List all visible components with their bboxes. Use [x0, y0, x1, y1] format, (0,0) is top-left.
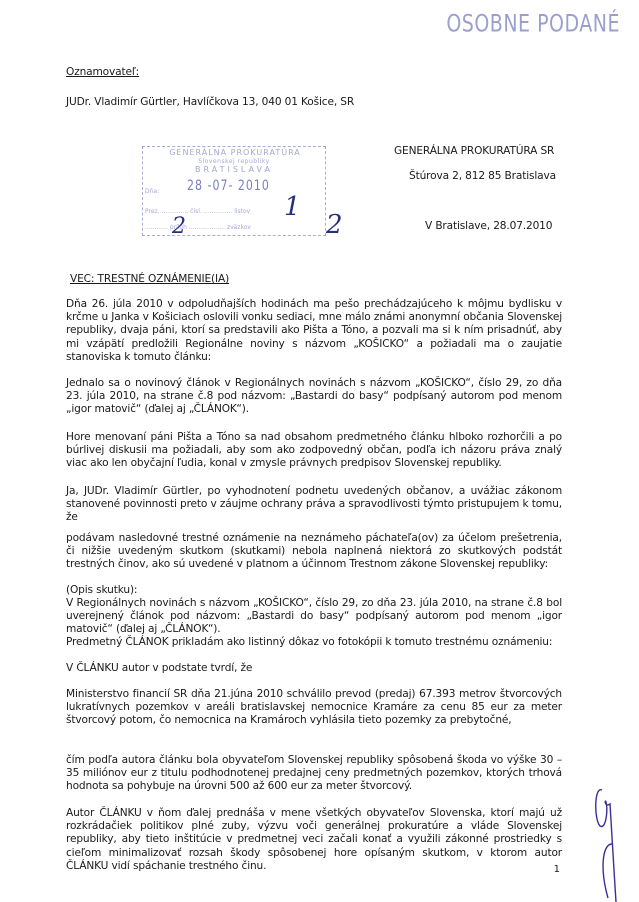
paragraph-10: čím podľa autora článku bola obyvateľom …: [66, 754, 562, 794]
page-number: 1: [540, 864, 560, 875]
stamp-city: BRATISLAVA: [143, 165, 325, 174]
place-date: V Bratislave, 28.07.2010: [425, 220, 552, 233]
received-stamp: GENERÁLNA PROKURATÚRA Slovenskej republi…: [142, 146, 326, 236]
paragraph-8: V ČLÁNKU autor v podstate tvrdí, že: [66, 662, 562, 675]
handwritten-sheets-count: 1: [284, 192, 301, 222]
subject-line: VEC: TRESTNÉ OZNÁMENIE(IA): [70, 273, 229, 286]
paragraph-6: V Regionálnych novinách s názvom „KOŠICK…: [66, 597, 562, 637]
recipient-name: GENERÁLNA PROKURATÚRA SR: [394, 145, 554, 158]
paragraph-7: Predmetný ČLÁNOK prikladám ako listinný …: [66, 636, 562, 649]
recipient-address: Štúrova 2, 812 85 Bratislava: [409, 170, 556, 183]
handwritten-attachments-count: 2: [172, 214, 186, 239]
paragraph-3: Hore menovaní páni Pišta a Tóno sa nad o…: [66, 431, 562, 471]
stamp-org: GENERÁLNA PROKURATÚRA: [147, 148, 323, 157]
paragraph-11: Autor ČLÁNKU v ňom ďalej prednáša v mene…: [66, 807, 562, 873]
document-page: OSOBNE PODANÉ Oznamovateľ: JUDr. Vladimí…: [0, 0, 639, 902]
paragraph-2: Jednalo sa o novinový článok v Regionáln…: [66, 377, 562, 417]
personally-submitted-stamp: OSOBNE PODANÉ: [420, 10, 620, 38]
description-label: (Opis skutku):: [66, 584, 562, 597]
notifier-label: Oznamovateľ:: [66, 66, 139, 79]
paragraph-1: Dňa 26. júla 2010 v odpoludňajších hodin…: [66, 298, 562, 364]
stamp-date-label: Dňa:: [145, 188, 159, 195]
paragraph-4: Ja, JUDr. Vladimír Gürtler, po vyhodnote…: [66, 485, 562, 525]
paragraph-9: Ministerstvo financií SR dňa 21.júna 201…: [66, 688, 562, 728]
signature-mark: [588, 780, 628, 902]
stamp-date: 28 -07- 2010: [187, 180, 270, 192]
paragraph-5: podávam nasledovné trestné oznámenie na …: [66, 532, 562, 572]
notifier-address: JUDr. Vladimír Gürtler, Havlíčkova 13, 0…: [66, 96, 354, 109]
handwritten-side-number: 2: [326, 210, 343, 240]
